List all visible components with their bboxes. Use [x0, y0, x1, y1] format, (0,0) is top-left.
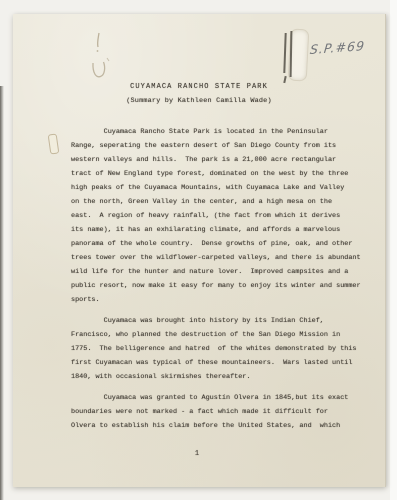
typed-line: trees tower over the wildflower-carpeted… — [71, 251, 379, 265]
document-subtitle: (Summary by Kathleen Camilla Wade) — [13, 94, 385, 108]
typed-line: Cuyamaca was granted to Agustín Olvera i… — [71, 391, 379, 405]
typed-line: Cuyamaca was brought into history by its… — [71, 314, 379, 328]
typed-line: boundaries were not marked - a fact whic… — [71, 405, 379, 419]
scan-edge-shadow — [0, 86, 4, 500]
typed-line: Range, seperating the eastern desert of … — [71, 139, 379, 153]
scanned-page: S.P.#69 CUYAMACA RANCHO STATE PARK (Summ… — [13, 14, 386, 487]
typed-line: wild life for the hunter and nature love… — [71, 265, 379, 279]
typed-line: Olvera to establish his claim before the… — [71, 419, 379, 433]
pencil-stroke — [283, 33, 286, 73]
typed-line: Francisco, who planned the destruction o… — [71, 328, 379, 342]
pencil-scribble — [85, 30, 121, 82]
document-body: Cuyamaca Rancho State Park is located in… — [71, 118, 379, 433]
typed-line: east. A region of heavy rainfall, (the f… — [71, 209, 379, 223]
typed-line: 1775. The belligerence and hatred of the… — [71, 342, 379, 356]
typed-line: panorama of the whole country. Dense gro… — [71, 237, 379, 251]
typed-line: its name), it has an exhilarating climat… — [71, 223, 379, 237]
typed-line: first Cuyamacan was typical of these mou… — [71, 356, 379, 370]
document-title: CUYAMACA RANCHO STATE PARK — [13, 80, 385, 94]
scan-edge-highlight — [390, 0, 397, 500]
typed-line: public resort, now make it easy for many… — [71, 279, 379, 293]
typed-line: 1840, with occasional skirmishes thereaf… — [71, 370, 379, 384]
handwritten-catalog-number: S.P.#69 — [309, 38, 366, 57]
document-header: CUYAMACA RANCHO STATE PARK (Summary by K… — [13, 80, 385, 108]
page-number: 1 — [187, 450, 207, 458]
typed-line: high peaks of the Cuyamaca Mountains, wi… — [71, 181, 379, 195]
scanned-document-view: S.P.#69 CUYAMACA RANCHO STATE PARK (Summ… — [0, 0, 397, 500]
typed-line: sports. — [71, 293, 379, 307]
typed-line: Cuyamaca Rancho State Park is located in… — [71, 125, 379, 139]
typed-line: western valleys and hills. The park is a… — [71, 153, 379, 167]
typed-line: tract of New England type forest, domina… — [71, 167, 379, 181]
staple-mark — [48, 133, 60, 154]
typed-line: on the north, Green Valley in the center… — [71, 195, 379, 209]
